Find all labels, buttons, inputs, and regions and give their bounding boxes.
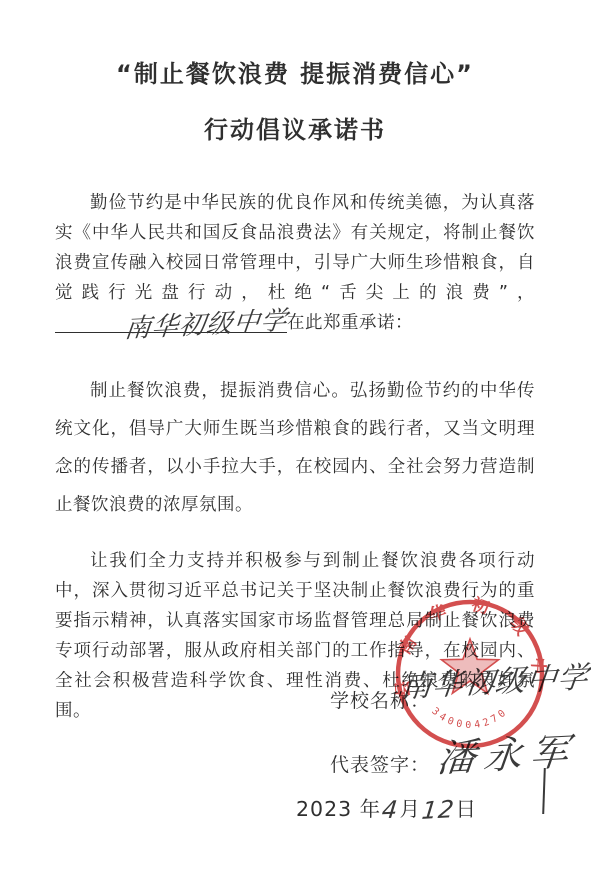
date-month-unit: 月 — [399, 797, 421, 821]
handwritten-date-day: 12 — [421, 797, 456, 823]
svg-text:340004270: 340004270 — [429, 706, 510, 731]
star-icon — [442, 639, 499, 693]
seal-serial-number: 340004270 — [429, 706, 510, 731]
handwritten-school-name-inline: 南华初级中学 — [88, 308, 289, 344]
scanned-pledge-document: “制止餐饮浪费 提振消费信心” 行动倡议承诺书 勤俭节约是中华民族的优良作风和传… — [0, 0, 591, 886]
paragraph-1: 勤俭节约是中华民族的优良作风和传统美德，为认真落实《中华人民共和国反食品浪费法》… — [55, 188, 535, 338]
date-line: 2023 年4月12日 — [296, 792, 477, 822]
date-day-unit: 日 — [456, 797, 478, 821]
official-seal-stamp: 合县南华初级中学 340004270 — [391, 595, 549, 753]
document-title-line-1: “制止餐饮浪费 提振消费信心” — [55, 58, 535, 90]
document-title-line-2: 行动倡议承诺书 — [55, 114, 535, 146]
representative-signature-label: 代表签字： — [330, 750, 430, 777]
signature-pen-flourish — [542, 768, 545, 814]
paragraph-2: 制止餐饮浪费，提振消费信心。弘扬勤俭节约的中华传统文化，倡导广大师生既当珍惜粮食… — [55, 372, 535, 524]
fill-in-blank-underline: 南华初级中学 — [55, 308, 287, 333]
paragraph-1-text-after: 在此郑重承诺： — [287, 313, 413, 333]
date-year-printed: 2023 年 — [296, 797, 381, 821]
paragraph-1-text-before: 勤俭节约是中华民族的优良作风和传统美德，为认真落实《中华人民共和国反食品浪费法》… — [55, 193, 535, 303]
handwritten-date-month: 4 — [381, 798, 400, 823]
